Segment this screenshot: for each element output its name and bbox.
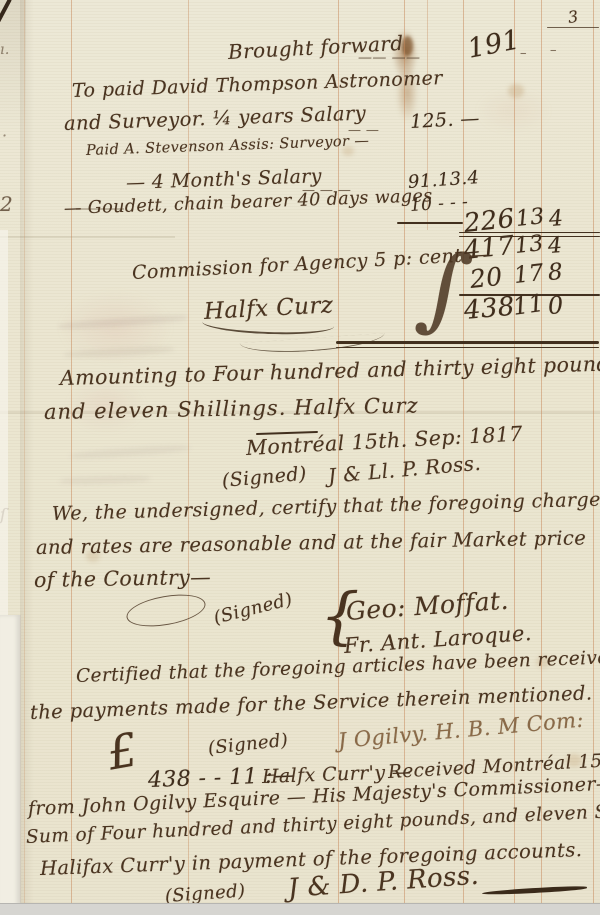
grand-total-heavy-rule	[336, 341, 599, 344]
scanned-ledger-page: 3 Brought forward —— —— 191 – – To paid …	[0, 0, 600, 915]
column-rule	[71, 0, 72, 915]
brought-forward-pence-dash: –	[550, 43, 557, 58]
column-rule	[24, 0, 25, 915]
subtotal-pence: 4	[548, 206, 564, 232]
inner-column-total-rule	[397, 222, 463, 224]
grand-total-pence: 0	[547, 291, 565, 320]
brought-forward-shillings-dash: –	[520, 46, 527, 61]
commission-shillings: 17	[513, 260, 546, 289]
page-number-underline	[547, 27, 599, 28]
brought-forward-dashes: —— ——	[358, 50, 420, 66]
page-edge-strip	[0, 615, 21, 907]
margin-mark: ·	[2, 126, 8, 145]
grand-total-shillings: 11	[511, 289, 546, 321]
grand-total-pounds: 438	[463, 292, 516, 326]
commission-pounds: 20	[468, 262, 503, 294]
subtotal-shillings: 13	[515, 204, 546, 232]
margin-mark: ı.	[0, 42, 10, 58]
page-edge-strip	[0, 230, 8, 620]
carried-total-pence: 4	[547, 233, 563, 259]
page-number: 3	[567, 7, 580, 27]
entry-amount: 125. —	[409, 107, 480, 133]
carried-total-shillings: 13	[514, 231, 545, 259]
scan-bed-strip	[0, 903, 600, 915]
margin-mark: 2	[0, 192, 13, 216]
commission-pence: 8	[547, 259, 564, 286]
entry-amount: 10 - - -	[409, 192, 469, 216]
grand-total-heavy-rule	[336, 347, 599, 348]
certification-line: of the Country—	[34, 565, 211, 592]
